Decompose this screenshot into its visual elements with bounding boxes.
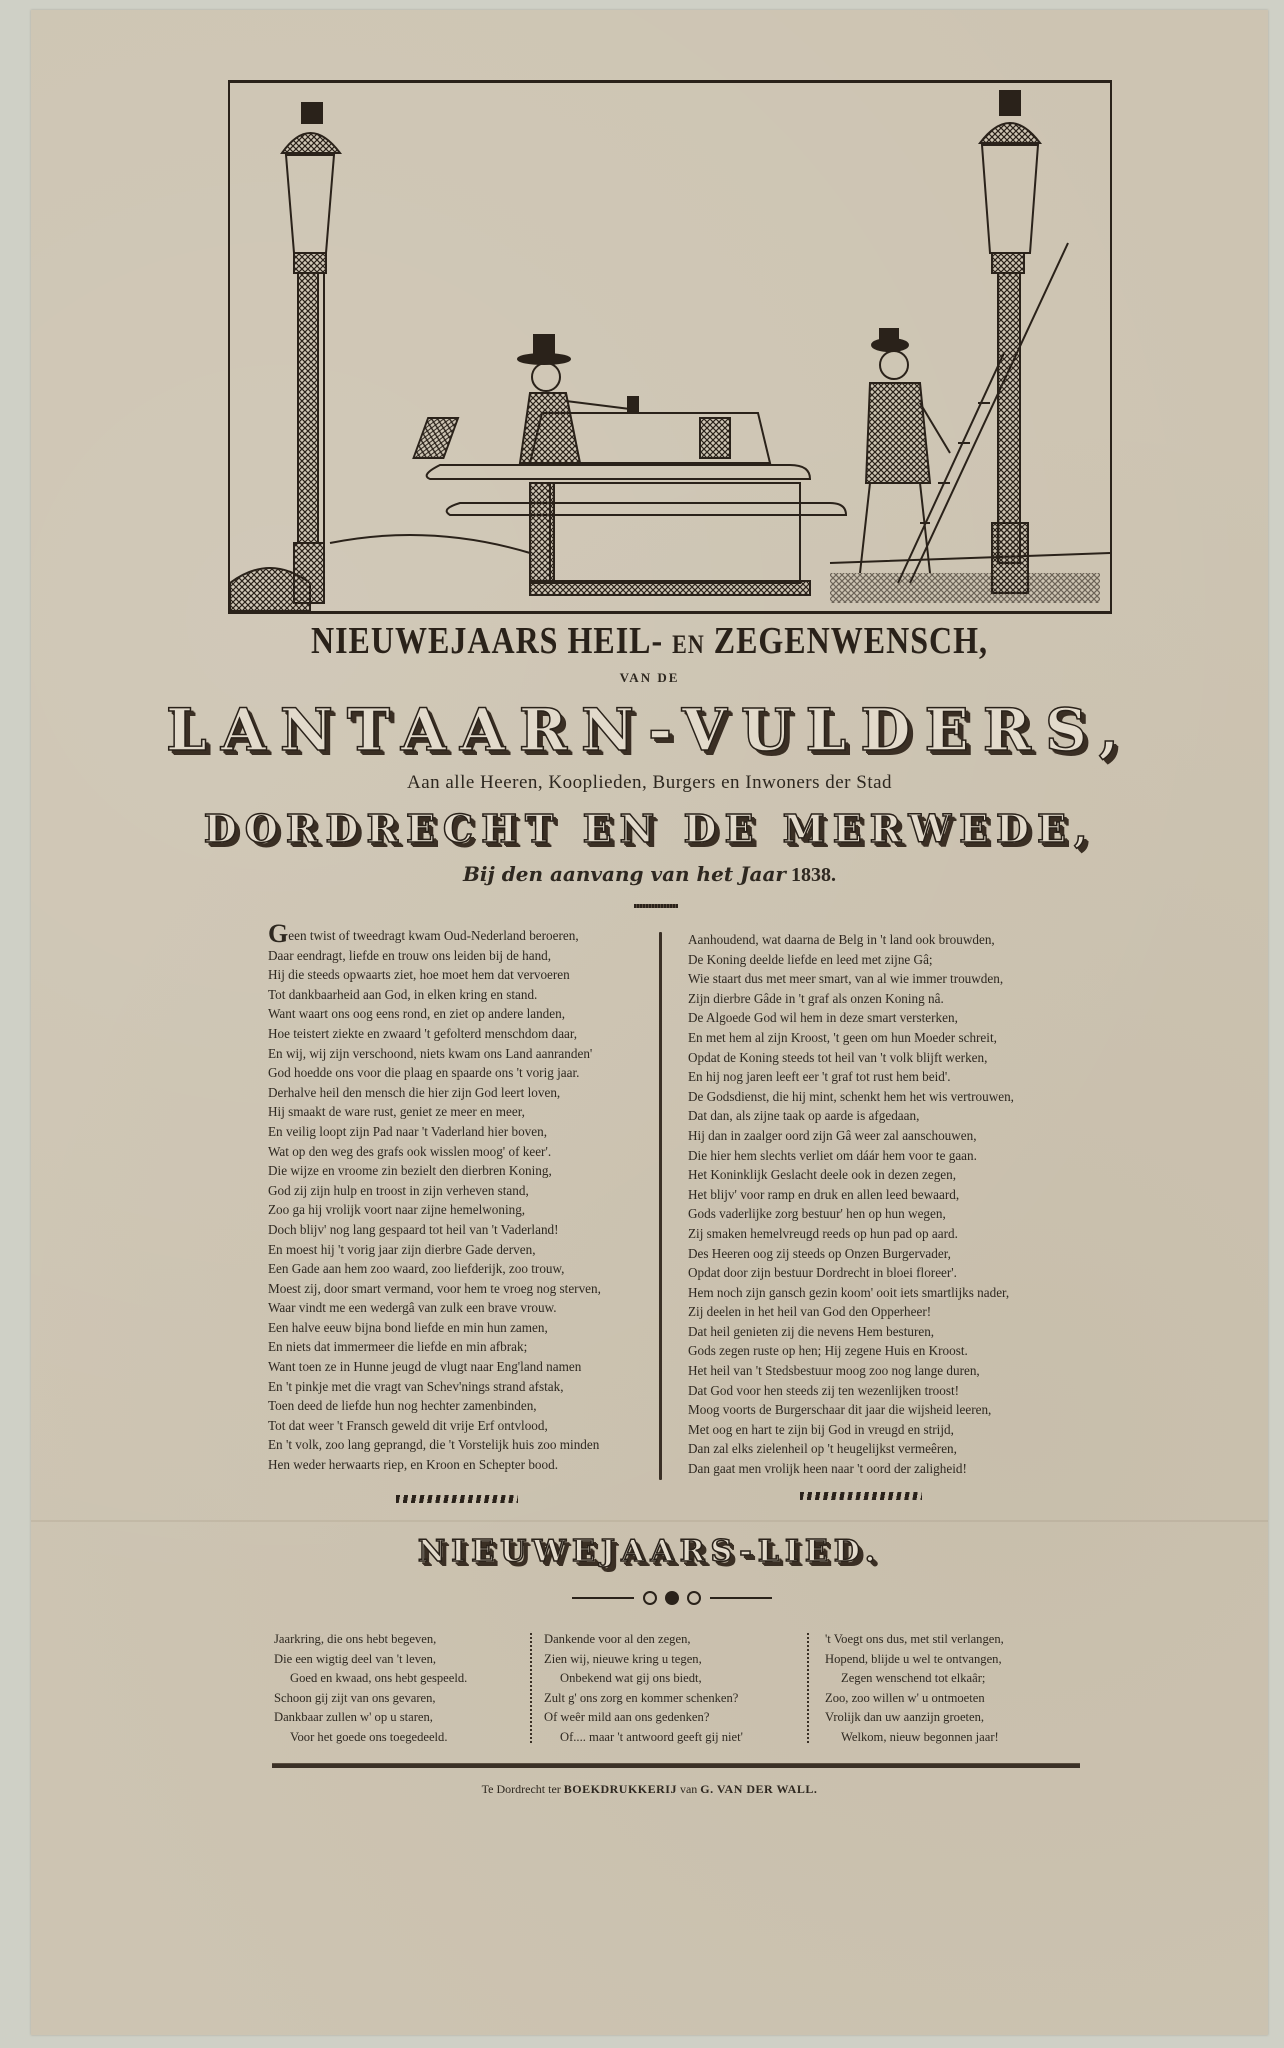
drop-cap: G	[268, 919, 288, 948]
poem-line: Derhalve heil den mensch die hier zijn G…	[268, 1083, 601, 1103]
stanza-line: Onbekend wat gij ons biedt,	[544, 1669, 743, 1689]
stanza-line: Zult g' ons zorg en kommer schenken?	[544, 1689, 743, 1709]
heading-nieuwejaars-lied: NIEUWEJAARS-LIED.	[31, 1534, 1268, 1569]
stanza-line: Zegen wenschend tot elkaâr;	[825, 1669, 1004, 1689]
heading-part-en: EN	[672, 629, 705, 659]
lamplighter-scene-icon	[230, 83, 1110, 611]
stanza-line: Of weêr mild aan ons gedenken?	[544, 1708, 743, 1728]
heading-lantaarn-vulders: LANTAARN-VULDERS,	[31, 696, 1268, 764]
stanza-line: Vrolijk dan uw aanzijn groeten,	[825, 1708, 1004, 1728]
imprint-printer: G. VAN DER WALL.	[700, 1782, 817, 1796]
stanza-line: Zien wij, nieuwe kring u tegen,	[544, 1650, 743, 1670]
lamplighter-figure	[860, 329, 950, 573]
poem-line-text: een twist of tweedragt kwam Oud-Nederlan…	[288, 928, 578, 943]
poem-left-column: Geen twist of tweedragt kwam Oud-Nederla…	[268, 926, 601, 1475]
poem-line: Opdat de Koning steeds tot heil van 't v…	[688, 1048, 1014, 1068]
poem-line: Het Koninklijk Geslacht deele ook in dez…	[688, 1165, 1014, 1185]
poem-line: Die hier hem slechts verliet om dáár hem…	[688, 1146, 1014, 1166]
poem-line: God hoedde ons voor die plaag en spaarde…	[268, 1063, 601, 1083]
stanza-line: Jaarkring, die ons hebt begeven,	[274, 1630, 467, 1650]
poem-line: Wat op den weg des grafs ook wisslen moo…	[268, 1142, 601, 1162]
poem-line: Het blijv' voor ramp en druk en allen le…	[688, 1185, 1014, 1205]
poem-line: Doch blijv' nog lang gespaard tot heil v…	[268, 1220, 601, 1240]
poem-line: Gods zegen ruste op hen; Hij zegene Huis…	[688, 1341, 1014, 1361]
poem-line: Het heil van 't Stedsbestuur moog zoo no…	[688, 1361, 1014, 1381]
flourish-ornament-icon	[572, 1590, 772, 1606]
imprint-press: BOEKDRUKKERIJ	[564, 1782, 677, 1796]
poem-line: Want waart ons oog eens rond, en ziet op…	[268, 1004, 601, 1024]
poem-line: De Algoede God wil hem in deze smart ver…	[688, 1008, 1014, 1028]
stanza-line: Die een wigtig deel van 't leven,	[274, 1650, 467, 1670]
poem-line: Dat God voor hen steeds zij ten wezenlij…	[688, 1381, 1014, 1401]
poem-line: Dat heil genieten zij die nevens Hem bes…	[688, 1322, 1014, 1342]
printer-imprint: Te Dordrecht ter BOEKDRUKKERIJ van G. VA…	[31, 1782, 1268, 1797]
poem-line: Geen twist of tweedragt kwam Oud-Nederla…	[268, 926, 601, 946]
stanza-line: Voor het goede ons toegedeeld.	[274, 1728, 467, 1748]
stanza-line: Hopend, blijde u wel te ontvangen,	[825, 1650, 1004, 1670]
poem-line: De Godsdienst, die hij mint, schenkt hem…	[688, 1087, 1014, 1107]
stanza-line: 't Voegt ons dus, met stil verlangen,	[825, 1630, 1004, 1650]
poem-line: Een halve eeuw bijna bond liefde en min …	[268, 1318, 601, 1338]
poem-line: Zij smaken hemelvreugd reeds op hun pad …	[688, 1224, 1014, 1244]
dotted-divider	[530, 1633, 532, 1745]
poem-line: Hem noch zijn gansch gezin koom' ooit ie…	[688, 1283, 1014, 1303]
poem-line: Dan gaat men vrolijk heen naar 't oord d…	[688, 1459, 1014, 1479]
poem-line: Met oog en hart te zijn bij God in vreug…	[688, 1420, 1014, 1440]
column-divider	[659, 932, 662, 1480]
wavy-ornament-left	[396, 1495, 518, 1503]
poem-line: Wie staart dus met meer smart, van al wi…	[688, 969, 1014, 989]
stanza-line: Goed en kwaad, ons hebt gespeeld.	[274, 1669, 467, 1689]
poem-line: En moest hij 't vorig jaar zijn dierbre …	[268, 1240, 601, 1260]
stanza-line: Of.... maar 't antwoord geeft gij niet'	[544, 1728, 743, 1748]
poem-line: Hen weder herwaarts riep, en Kroon en Sc…	[268, 1455, 601, 1475]
woodcut-illustration	[228, 80, 1112, 614]
stanza-line: Zoo, zoo willen w' u ontmoeten	[825, 1689, 1004, 1709]
poem-line: En niets dat immermeer die liefde en min…	[268, 1337, 601, 1357]
poem-line: En 't volk, zoo lang geprangd, die 't Vo…	[268, 1435, 601, 1455]
poem-line: En 't pinkje met die vragt van Schev'nin…	[268, 1377, 601, 1397]
poem-line: En wij, wij zijn verschoond, niets kwam …	[268, 1044, 601, 1064]
gentleman-figure	[518, 335, 638, 463]
stanza-line: Welkom, nieuw begonnen jaar!	[825, 1728, 1004, 1748]
poem-line: Hoe teistert ziekte en zwaard 't gefolte…	[268, 1024, 601, 1044]
poem-line: Hij smaakt de ware rust, geniet ze meer …	[268, 1102, 601, 1122]
poem-line: Gods vaderlijke zorg bestuur' hen op hun…	[688, 1204, 1014, 1224]
heading-part-c: ZEGENWENSCH,	[714, 618, 988, 661]
stanza-line: Schoon gij zijt van ons gevaren,	[274, 1689, 467, 1709]
dateline-year: 1838.	[791, 864, 836, 886]
address-line: Aan alle Heeren, Kooplieden, Burgers en …	[31, 772, 1268, 794]
stanza-line: Dankende voor al den zegen,	[544, 1630, 743, 1650]
heading-van-de: VAN DE	[31, 670, 1268, 686]
song-stanza-3: 't Voegt ons dus, met stil verlangen, Ho…	[825, 1630, 1004, 1747]
poem-line: De Koning deelde liefde en leed met zijn…	[688, 950, 1014, 970]
poem-right-column: Aanhoudend, wat daarna de Belg in 't lan…	[688, 930, 1014, 1479]
poem-line: Toen deed de liefde hun nog hechter zame…	[268, 1396, 601, 1416]
bottom-rule	[272, 1763, 1080, 1768]
poem-line: Tot dat weer 't Fransch geweld dit vrije…	[268, 1416, 601, 1436]
imprint-van: van	[680, 1782, 697, 1796]
poem-line: En hij nog jaren leeft eer 't graf tot r…	[688, 1067, 1014, 1087]
wavy-ornament-right	[800, 1492, 922, 1500]
song-stanza-1: Jaarkring, die ons hebt begeven, Die een…	[274, 1630, 467, 1747]
oil-cart	[414, 413, 846, 595]
poem-line: Want toen ze in Hunne jeugd de vlugt naa…	[268, 1357, 601, 1377]
left-lamppost	[230, 103, 340, 611]
poem-line: Moog voorts de Burgerschaar dit jaar die…	[688, 1400, 1014, 1420]
poem-line: God zij zijn hulp en troost in zijn verh…	[268, 1181, 601, 1201]
dateline-text: Bij den aanvang van het Jaar	[463, 862, 786, 886]
dateline: Bij den aanvang van het Jaar 1838.	[31, 862, 1268, 887]
poem-line: Een Gade aan hem zoo waard, zoo liefderi…	[268, 1259, 601, 1279]
poem-line: Dan zal elks zielenheil op 't heugelijks…	[688, 1439, 1014, 1459]
poem-line: Aanhoudend, wat daarna de Belg in 't lan…	[688, 930, 1014, 950]
imprint-prefix: Te Dordrecht ter	[482, 1782, 561, 1796]
heading-dordrecht: DORDRECHT EN DE MERWEDE,	[31, 806, 1268, 851]
poem-line: Daar eendragt, liefde en trouw ons leide…	[268, 946, 601, 966]
ornamental-rule	[634, 904, 678, 908]
poem-line: Moest zij, door smart vermand, voor hem …	[268, 1279, 601, 1299]
poem-line: Die wijze en vroome zin bezielt den dier…	[268, 1161, 601, 1181]
poem-line: En met hem al zijn Kroost, 't geen om hu…	[688, 1028, 1014, 1048]
fold-crease	[31, 1520, 1268, 1522]
poem-line: En veilig loopt zijn Pad naar 't Vaderla…	[268, 1122, 601, 1142]
poem-line: Waar vindt me een wedergâ van zulk een b…	[268, 1298, 601, 1318]
heading-new-year-wish: NIEUWEJAARS HEIL- EN ZEGENWENSCH,	[31, 618, 1268, 662]
poem-line: Zij deelen in het heil van God den Opper…	[688, 1302, 1014, 1322]
poem-line: Hij die steeds opwaarts ziet, hoe moet h…	[268, 965, 601, 985]
poem-line: Hij dan in zaalger oord zijn Gâ weer zal…	[688, 1126, 1014, 1146]
poem-line: Tot dankbaarheid aan God, in elken kring…	[268, 985, 601, 1005]
poem-line: Zoo ga hij vrolijk voort naar zijne heme…	[268, 1200, 601, 1220]
poem-line: Opdat door zijn bestuur Dordrecht in blo…	[688, 1263, 1014, 1283]
poem-line: Zijn dierbre Gâde in 't graf als onzen K…	[688, 989, 1014, 1009]
poem-line: Des Heeren oog zij steeds op Onzen Burge…	[688, 1244, 1014, 1264]
stanza-line: Dankbaar zullen w' op u staren,	[274, 1708, 467, 1728]
poem-line: Dat dan, als zijne taak op aarde is afge…	[688, 1106, 1014, 1126]
song-stanza-2: Dankende voor al den zegen, Zien wij, ni…	[544, 1630, 743, 1747]
heading-part-a: NIEUWEJAARS HEIL-	[311, 618, 663, 661]
dotted-divider	[807, 1633, 809, 1745]
